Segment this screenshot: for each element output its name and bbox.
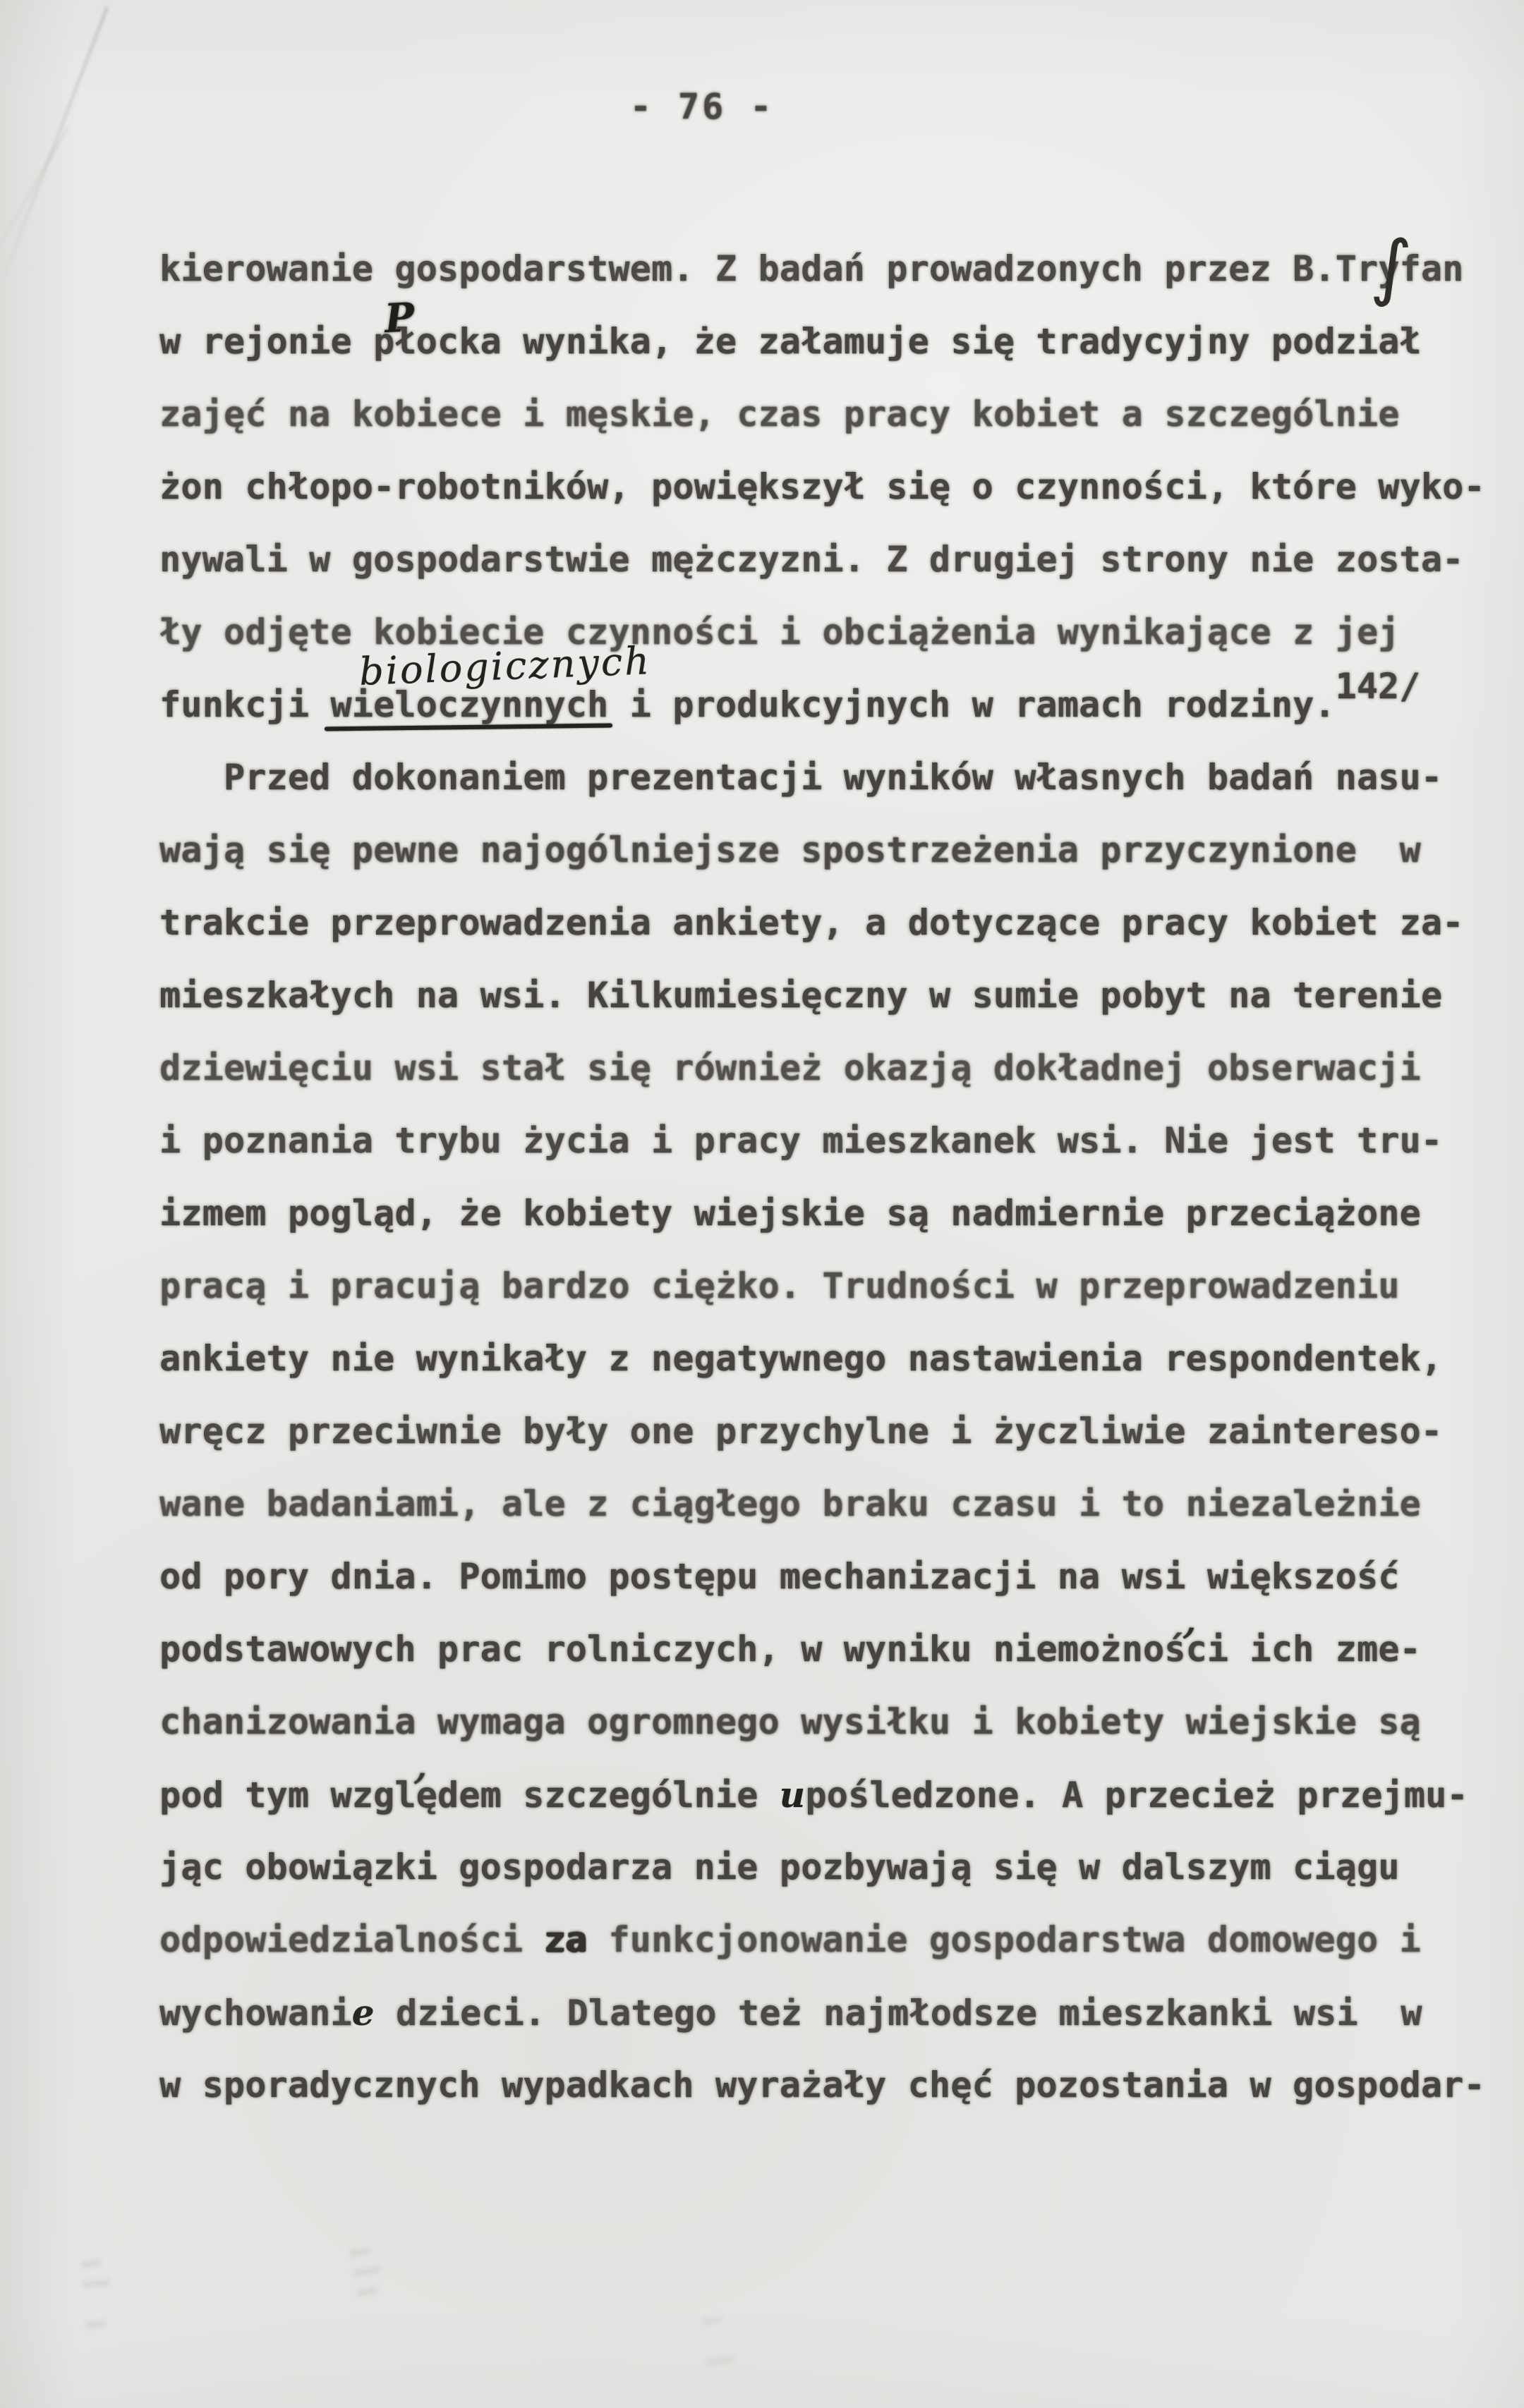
typed-text: podstawowych prac rolniczych, w wyniku n… — [159, 1629, 1421, 1670]
text-line: chanizowania wymaga ogromnego wysiłku i … — [159, 1701, 1486, 1774]
typed-hand-text: e — [352, 1992, 375, 2033]
typed-text: funkcji — [159, 684, 330, 725]
bleedthrough-smudge: ı l — [696, 2313, 740, 2378]
typed-text: żon chłopo-robotników, powiększył się o … — [159, 466, 1485, 507]
text-line: jąc obowiązki gospodarza nie pozbywają s… — [159, 1847, 1486, 1919]
typed-text: od pory dnia. Pomimo postępu mechanizacj… — [159, 1556, 1400, 1597]
typed-text: izmem pogląd, że kobiety wiejskie są nad… — [159, 1193, 1421, 1234]
typed-text: trakcie przeprowadzenia ankiety, a dotyc… — [159, 902, 1463, 943]
text-line: trakcie przeprowadzenia ankiety, a dotyc… — [159, 902, 1486, 975]
paper-crease — [0, 6, 109, 284]
text-line: podstawowych prac rolniczych, w wyniku n… — [159, 1629, 1486, 1701]
text-line: kierowanie gospodarstwem. Z badań prowad… — [159, 248, 1486, 321]
text-line: wają się pewne najogólniejsze spostrzeże… — [159, 829, 1486, 902]
text-line: wręcz przeciwnie były one przychylne i ż… — [159, 1411, 1486, 1483]
text-line: wychowanie dzieci. Dlatego też najmłodsz… — [159, 1992, 1486, 2065]
typed-text: funkcjonowanie gospodarstwa domowego i — [587, 1919, 1421, 1960]
text-line: izmem pogląd, że kobiety wiejskie są nad… — [159, 1193, 1486, 1265]
typed-text: w sporadycznych wypadkach wyrażały chęć … — [159, 2065, 1485, 2105]
text-line: zajęć na kobiece i męskie, czas pracy ko… — [159, 394, 1486, 466]
typed-text: zajęć na kobiece i męskie, czas pracy ko… — [159, 394, 1400, 434]
typed-text: kierowanie gospodarstwem. Z badań prowad… — [159, 248, 1463, 289]
text-line: od pory dnia. Pomimo postępu mechanizacj… — [159, 1556, 1486, 1629]
text-line: mieszkałych na wsi. Kilkumiesięczny w su… — [159, 975, 1486, 1047]
text-line: odpowiedzialności za funkcjonowanie gosp… — [159, 1919, 1486, 1992]
text-block: kierowanie gospodarstwem. Z badań prowad… — [159, 248, 1486, 2137]
bleedthrough-smudge: ıl ı — [75, 2257, 119, 2340]
typed-text: wają się pewne najogólniejsze spostrzeże… — [159, 829, 1421, 870]
typed-text: pod tym względem szczególnie — [159, 1775, 780, 1816]
typed-hand-text: u — [780, 1774, 806, 1816]
typed-text: dziewięciu wsi stał się również okazją d… — [159, 1047, 1421, 1088]
text-line: i poznania trybu życia i pracy mieszkane… — [159, 1120, 1486, 1193]
page-number: - 76 - — [596, 86, 808, 127]
typed-text: Przed dokonaniem prezentacji wyników wła… — [159, 757, 1442, 798]
scanned-page: - 76 - kierowanie gospodarstwem. Z badań… — [0, 0, 1524, 2408]
typed-over-text: za — [544, 1919, 587, 1960]
handwritten-annotation: ∫ — [1369, 229, 1413, 305]
text-line: funkcji wieloczynnych i produkcyjnych w … — [159, 684, 1486, 757]
typed-text: nywali w gospodarstwie mężczyzni. Z drug… — [159, 539, 1463, 580]
bleedthrough-smudge: ılı — [344, 2243, 392, 2309]
typed-text: ły odjęte kobiecie czynności i obciążeni… — [159, 612, 1400, 652]
typed-text: pośledzone. A przecież przejmu- — [805, 1775, 1468, 1816]
typed-sup-text: 142/ — [1336, 666, 1420, 707]
text-line: w sporadycznych wypadkach wyrażały chęć … — [159, 2065, 1486, 2137]
text-line: nywali w gospodarstwie mężczyzni. Z drug… — [159, 539, 1486, 612]
typed-text: pracą i pracują bardzo ciężko. Trudności… — [159, 1265, 1400, 1306]
text-line: Przed dokonaniem prezentacji wyników wła… — [159, 757, 1486, 829]
typed-text: chanizowania wymaga ogromnego wysiłku i … — [159, 1701, 1421, 1742]
text-line: dziewięciu wsi stał się również okazją d… — [159, 1047, 1486, 1120]
handwritten-annotation: P — [384, 296, 416, 340]
typed-text: odpowiedzialności — [159, 1919, 544, 1960]
typed-text: dzieci. Dlatego też najmłodsze mieszkank… — [375, 1993, 1422, 2033]
text-line: w rejonie płocka wynika, że załamuje się… — [159, 321, 1486, 394]
text-line: ankiety nie wynikały z negatywnego nasta… — [159, 1338, 1486, 1411]
typed-text: w rejonie płocka wynika, że załamuje się… — [159, 321, 1421, 362]
text-line: pracą i pracują bardzo ciężko. Trudności… — [159, 1265, 1486, 1338]
text-line: pod tym względem szczególnie upośledzone… — [159, 1774, 1486, 1847]
typed-text: jąc obowiązki gospodarza nie pozbywają s… — [159, 1847, 1400, 1887]
typed-text: mieszkałych na wsi. Kilkumiesięczny w su… — [159, 975, 1442, 1016]
typed-text: i poznania trybu życia i pracy mieszkane… — [159, 1120, 1442, 1161]
typed-text: i produkcyjnych w ramach rodziny. — [608, 684, 1335, 725]
text-line: wane badaniami, ale z ciągłego braku cza… — [159, 1483, 1486, 1556]
text-line: żon chłopo-robotników, powiększył się o … — [159, 466, 1486, 539]
typed-text: wane badaniami, ale z ciągłego braku cza… — [159, 1483, 1421, 1524]
typed-text: wychowani — [159, 1993, 352, 2033]
typed-text: wręcz przeciwnie były one przychylne i ż… — [159, 1411, 1442, 1452]
typed-text: ankiety nie wynikały z negatywnego nasta… — [159, 1338, 1442, 1379]
